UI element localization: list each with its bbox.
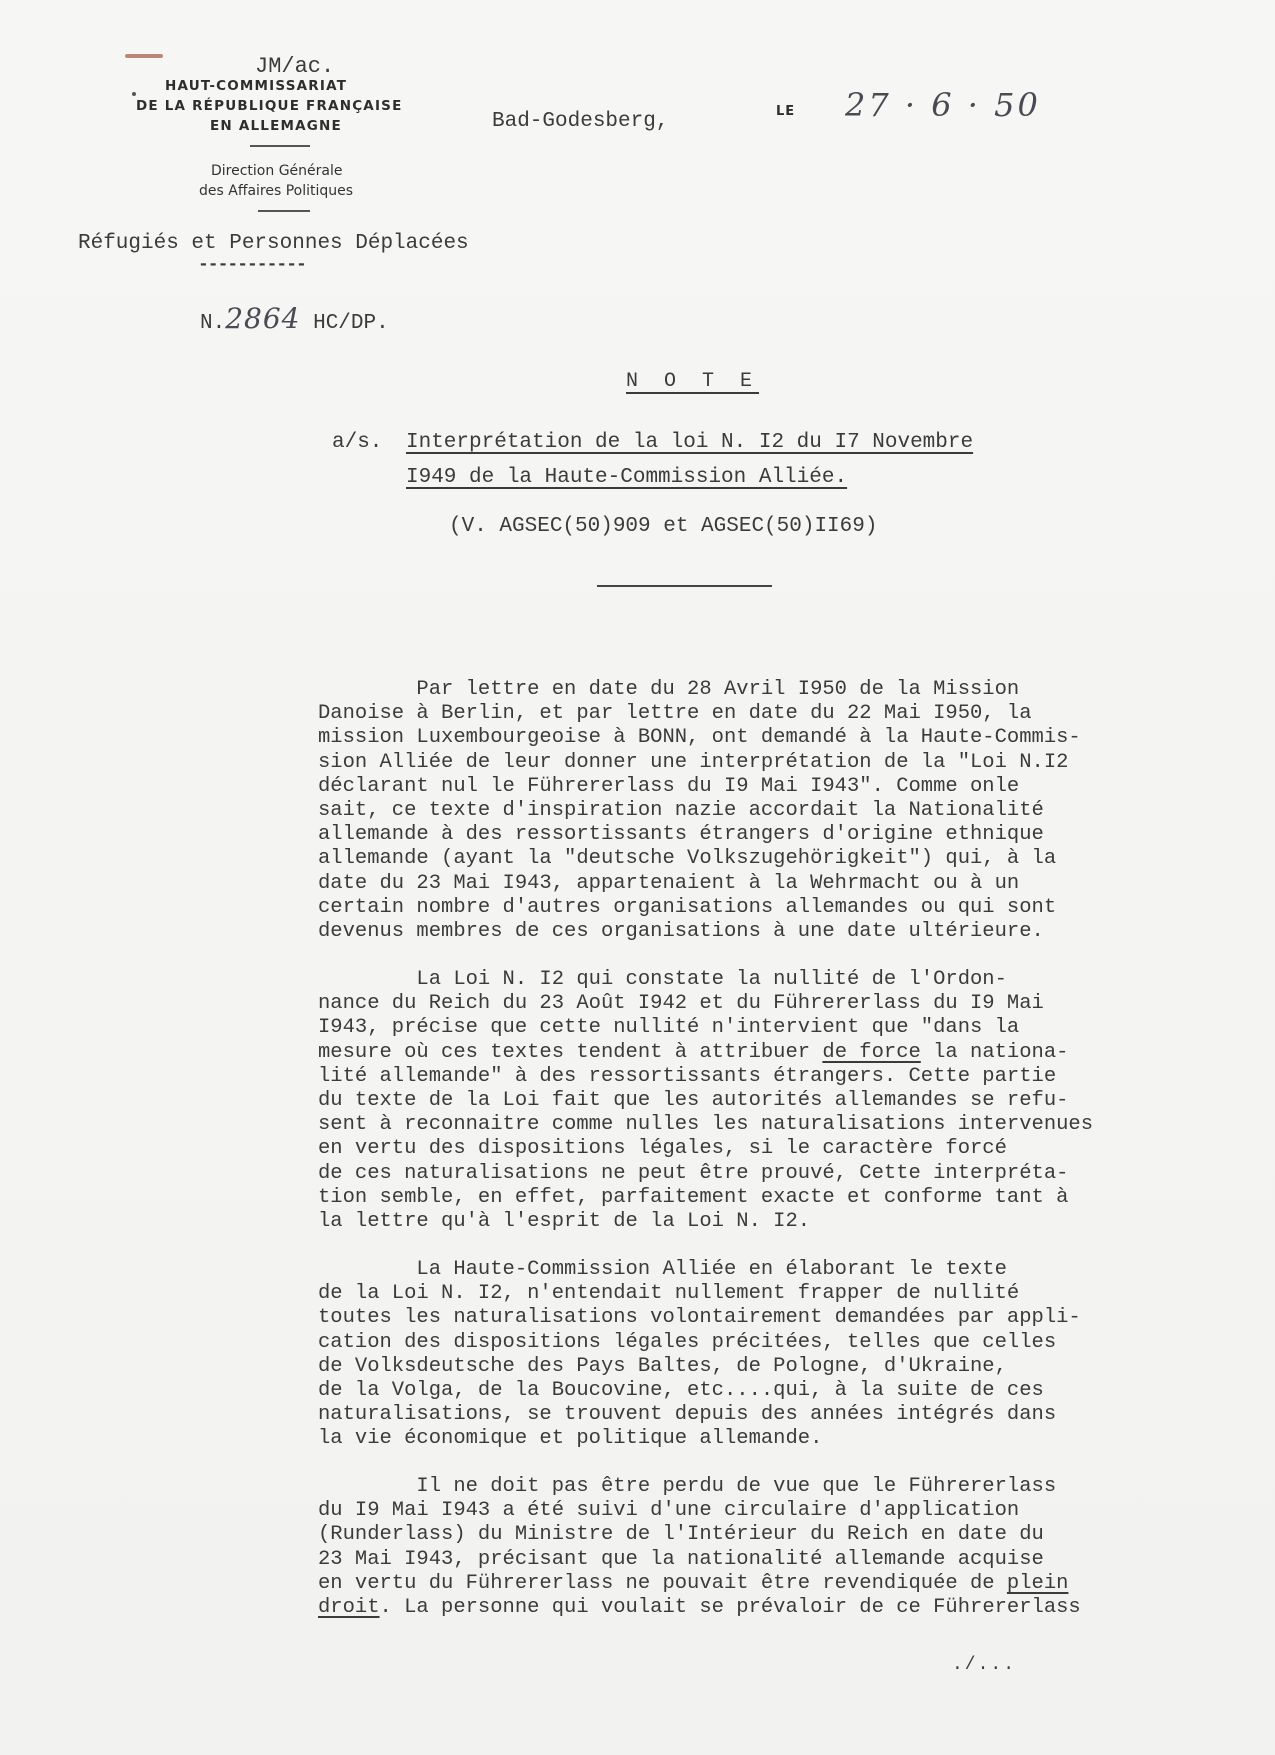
text-line: I943, précise que cette nullité n'interv… [318,1016,1258,1040]
subject-prefix: a/s. [332,431,382,454]
text-line: La Haute-Commission Alliée en élaborant … [318,1258,1258,1282]
text-line: de Volksdeutsche des Pays Baltes, de Pol… [318,1355,1258,1379]
text-line: nance du Reich du 23 Août I942 et du Füh… [318,992,1258,1016]
text-line: devenus membres de ces organisations à u… [318,920,1258,944]
text-line-with-emphasis: en vertu du Führererlass ne pouvait être… [318,1572,1258,1596]
direction-divider [258,210,310,212]
text-segment: la nationa- [921,1041,1069,1064]
text-line-with-emphasis: droit. La personne qui voulait se préval… [318,1596,1258,1620]
text-line: de la Loi N. I2, n'entendait nullement f… [318,1282,1258,1306]
ink-stain [125,54,163,58]
underlined-word: droit [318,1596,380,1619]
text-line: la vie économique et politique allemande… [318,1427,1258,1451]
document-page: JM/ac. HAUT-COMMISSARIAT DE LA RÉPUBLIQU… [0,0,1275,1755]
subject-line-1: Interprétation de la loi N. I2 du I7 Nov… [406,431,973,454]
paragraph-2: La Loi N. I2 qui constate la nullité de … [318,968,1258,1234]
number-handwritten: 2864 [225,302,300,335]
direction-line-2: des Affaires Politiques [199,183,353,199]
letterhead-divider [250,145,310,147]
underlined-phrase: de force [822,1041,920,1064]
text-segment: en vertu du Führererlass ne pouvait être… [318,1572,1007,1595]
continuation-mark: ./... [952,1655,1016,1675]
text-line: du texte de la Loi fait que les autorité… [318,1089,1258,1113]
text-line: date du 23 Mai I943, appartenaient à la … [318,872,1258,896]
subject-line-2: I949 de la Haute-Commission Alliée. [406,466,847,489]
text-line: Il ne doit pas être perdu de vue que le … [318,1475,1258,1499]
text-line: sait, ce texte d'inspiration nazie accor… [318,799,1258,823]
text-segment: mesure où ces textes tendent à attribuer [318,1041,822,1064]
text-line-with-emphasis: mesure où ces textes tendent à attribuer… [318,1041,1258,1065]
text-line: allemande à des ressortissants étrangers… [318,823,1258,847]
ink-speck [132,92,136,96]
letterhead-org-line-3: EN ALLEMAGNE [210,118,342,134]
underlined-word: plein [1007,1572,1069,1595]
document-number: N.2864 HC/DP. [200,302,389,335]
text-line: lité allemande" à des ressortissants étr… [318,1065,1258,1089]
section-divider [597,585,772,587]
text-line: allemande (ayant la "deutsche Volkszugeh… [318,847,1258,871]
letterhead-org-line-2: DE LA RÉPUBLIQUE FRANÇAISE [136,98,403,114]
paragraph-4: Il ne doit pas être perdu de vue que le … [318,1475,1258,1620]
typist-reference: JM/ac. [255,54,334,79]
text-line: sion Alliée de leur donner une interprét… [318,751,1258,775]
text-line: de ces naturalisations ne peut être prou… [318,1162,1258,1186]
direction-line-1: Direction Générale [211,163,342,179]
text-line: cation des dispositions légales précitée… [318,1331,1258,1355]
date-label: LE [776,104,795,119]
handwritten-date: 27 · 6 · 50 [845,86,1041,124]
text-line: sent à reconnaitre comme nulles les natu… [318,1113,1258,1137]
text-line: mission Luxembourgeoise à BONN, ont dema… [318,726,1258,750]
paragraph-1: Par lettre en date du 28 Avril I950 de l… [318,678,1258,944]
text-line: naturalisations, se trouvent depuis des … [318,1403,1258,1427]
subject-references: (V. AGSEC(50)909 et AGSEC(50)II69) [449,515,877,538]
text-line: La Loi N. I2 qui constate la nullité de … [318,968,1258,992]
text-line: tion semble, en effet, parfaitement exac… [318,1186,1258,1210]
letterhead-org-line-1: HAUT-COMMISSARIAT [165,78,347,94]
document-title: N O T E [626,370,759,393]
number-prefix: N. [200,312,225,335]
text-line: Par lettre en date du 28 Avril I950 de l… [318,678,1258,702]
text-line: Danoise à Berlin, et par lettre en date … [318,702,1258,726]
text-segment: . La personne qui voulait se prévaloir d… [380,1596,1081,1619]
text-line: du I9 Mai I943 a été suivi d'une circula… [318,1499,1258,1523]
text-line: de la Volga, de la Boucovine, etc....qui… [318,1379,1258,1403]
text-line: 23 Mai I943, précisant que la nationalit… [318,1548,1258,1572]
text-line: toutes les naturalisations volontairemen… [318,1306,1258,1330]
text-line: certain nombre d'autres organisations al… [318,896,1258,920]
paragraph-3: La Haute-Commission Alliée en élaborant … [318,1258,1258,1452]
service-underline: ----------- [198,255,306,275]
text-line: (Runderlass) du Ministre de l'Intérieur … [318,1523,1258,1547]
place: Bad-Godesberg, [492,110,668,133]
service-name: Réfugiés et Personnes Déplacées [78,232,469,255]
text-line: déclarant nul le Führererlass du I9 Mai … [318,775,1258,799]
text-line: la lettre qu'à l'esprit de la Loi N. I2. [318,1210,1258,1234]
number-suffix: HC/DP. [313,312,389,335]
text-line: en vertu des dispositions légales, si le… [318,1137,1258,1161]
